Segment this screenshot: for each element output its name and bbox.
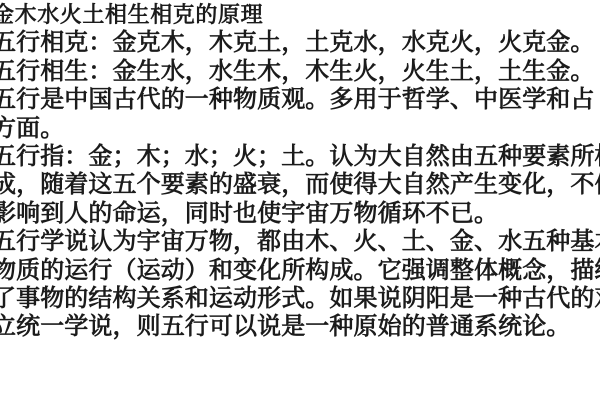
document-page: 金木水火土相生相克的原理 五行相克：金克木，木克土，土克水，水克火，火克金。 五…: [0, 0, 600, 400]
document-title: 金木水火土相生相克的原理: [0, 1, 600, 29]
text-line-wuzhi: 物质的运行（运动）和变化所构成。它强调整体概念，描绘: [0, 257, 600, 285]
text-line-litong: 立统一学说，则五行可以说是一种原始的普通系统论。: [0, 313, 600, 341]
text-line-cheng: 成，随着这五个要素的盛衰，而使得大自然产生变化，不但: [0, 171, 600, 199]
text-line-xiangsheng: 五行相生：金生水，水生木，木生火，火生土，土生金。: [0, 58, 600, 86]
text-line-wuxing-zhi: 五行指：金；木；水；火；土。认为大自然由五种要素所构: [0, 143, 600, 171]
text-line-keke: 五行相克：金克木，木克土，土克水，水克火，火克金。: [0, 29, 600, 57]
text-line-fangmian: 方面。: [0, 115, 600, 143]
text-block: 金木水火土相生相克的原理 五行相克：金克木，木克土，土克水，水克火，火克金。 五…: [0, 1, 600, 342]
text-line-yingxiang: 影响到人的命运，同时也使宇宙万物循环不已。: [0, 200, 600, 228]
text-line-wuxing-intro: 五行是中国古代的一种物质观。多用于哲学、中医学和占卜: [0, 86, 600, 114]
text-line-shiwu: 了事物的结构关系和运动形式。如果说阴阳是一种古代的对: [0, 285, 600, 313]
text-line-xueshuo: 五行学说认为宇宙万物，都由木、火、土、金、水五种基本: [0, 228, 600, 256]
